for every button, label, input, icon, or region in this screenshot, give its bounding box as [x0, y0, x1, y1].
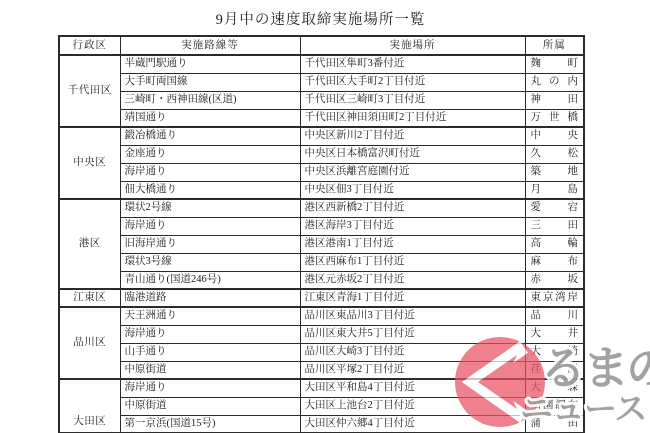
location-cell: 品川区平塚2丁目付近 — [300, 361, 525, 379]
table-row: 第一京浜(国道15号)大田区仲六郷4丁目付近蒲田 — [59, 415, 584, 433]
table-row: 中原街道品川区平塚2丁目付近荏原 — [59, 361, 584, 379]
page: { "title": "9月中の速度取締実施場所一覧", "table": { … — [0, 0, 650, 433]
location-cell: 品川区大崎3丁目付近 — [300, 343, 525, 361]
route-cell: 中原街道 — [120, 361, 300, 379]
route-cell: 佃大橋通り — [120, 181, 300, 199]
affiliation-cell: 麻布 — [525, 253, 584, 271]
location-cell: 品川区東品川3丁目付近 — [300, 307, 525, 325]
table-header: 行政区 実施路線等 実施場所 所属 — [59, 36, 584, 55]
route-cell: 山手通り — [120, 343, 300, 361]
table-row: 港区環状2号線港区西新橋2丁目付近愛宕 — [59, 199, 584, 217]
route-cell: 三崎町・西神田線(区道) — [120, 91, 300, 109]
header-route: 実施路線等 — [120, 36, 300, 55]
affiliation-cell: 田園調布 — [525, 397, 584, 415]
table-row: 海岸通り中央区浜離宮庭園付近築地 — [59, 163, 584, 181]
route-cell: 海岸通り — [120, 217, 300, 235]
route-cell: 鍛冶橋通り — [120, 127, 300, 145]
district-cell: 品川区 — [59, 307, 120, 379]
table-row: 千代田区半蔵門駅通り千代田区隼町3番付近麹町 — [59, 55, 584, 73]
table-row: 靖国通り千代田区神田須田町2丁目付近万世橋 — [59, 109, 584, 127]
affiliation-cell: 愛宕 — [525, 199, 584, 217]
location-cell: 千代田区隼町3番付近 — [300, 55, 525, 73]
affiliation-cell: 丸の内 — [525, 73, 584, 91]
table-row: 金座通り中央区日本橋富沢町付近久松 — [59, 145, 584, 163]
page-title: 9月中の速度取締実施場所一覧 — [58, 8, 583, 29]
route-cell: 海岸通り — [120, 325, 300, 343]
route-cell: 環状2号線 — [120, 199, 300, 217]
location-cell: 中央区日本橋富沢町付近 — [300, 145, 525, 163]
district-cell: 港区 — [59, 199, 120, 289]
affiliation-cell: 久松 — [525, 145, 584, 163]
table-row: 山手通り品川区大崎3丁目付近大崎 — [59, 343, 584, 361]
location-cell: 港区西麻布1丁目付近 — [300, 253, 525, 271]
route-cell: 靖国通り — [120, 109, 300, 127]
location-cell: 港区港南1丁目付近 — [300, 235, 525, 253]
header-affiliation: 所属 — [525, 36, 584, 55]
table-row: 江東区臨港道路江東区青海1丁目付近東京湾岸 — [59, 289, 584, 307]
location-cell: 千代田区三崎町3丁目付近 — [300, 91, 525, 109]
affiliation-cell: 東京湾岸 — [525, 289, 584, 307]
location-cell: 江東区青海1丁目付近 — [300, 289, 525, 307]
table-row: 大手町両国線千代田区大手町2丁目付近丸の内 — [59, 73, 584, 91]
route-cell: 環状3号線 — [120, 253, 300, 271]
affiliation-cell: 中央 — [525, 127, 584, 145]
location-cell: 中央区浜離宮庭園付近 — [300, 163, 525, 181]
district-cell: 大田区 — [59, 379, 120, 433]
location-cell: 品川区東大井5丁目付近 — [300, 325, 525, 343]
table-row: 中原街道大田区上池台2丁目付近田園調布 — [59, 397, 584, 415]
location-cell: 中央区佃3丁目付近 — [300, 181, 525, 199]
district-cell: 江東区 — [59, 289, 120, 307]
table-row: 佃大橋通り中央区佃3丁目付近月島 — [59, 181, 584, 199]
table-row: 大田区海岸通り大田区平和島4丁目付近大森 — [59, 379, 584, 397]
table-row: 旧海岸通り港区港南1丁目付近高輪 — [59, 235, 584, 253]
district-cell: 中央区 — [59, 127, 120, 199]
route-cell: 旧海岸通り — [120, 235, 300, 253]
affiliation-cell: 蒲田 — [525, 415, 584, 433]
location-cell: 港区海岸3丁目付近 — [300, 217, 525, 235]
location-cell: 港区元赤坂2丁目付近 — [300, 271, 525, 289]
table-row: 品川区天王洲通り品川区東品川3丁目付近品川 — [59, 307, 584, 325]
affiliation-cell: 麹町 — [525, 55, 584, 73]
table-row: 海岸通り港区海岸3丁目付近三田 — [59, 217, 584, 235]
route-cell: 金座通り — [120, 145, 300, 163]
route-cell: 第一京浜(国道15号) — [120, 415, 300, 433]
table-row: 海岸通り品川区東大井5丁目付近大井 — [59, 325, 584, 343]
table-row: 中央区鍛冶橋通り中央区新川2丁目付近中央 — [59, 127, 584, 145]
location-cell: 大田区上池台2丁目付近 — [300, 397, 525, 415]
affiliation-cell: 赤坂 — [525, 271, 584, 289]
enforcement-table: 行政区 実施路線等 実施場所 所属 千代田区半蔵門駅通り千代田区隼町3番付近麹町… — [58, 35, 585, 433]
route-cell: 半蔵門駅通り — [120, 55, 300, 73]
affiliation-cell: 万世橋 — [525, 109, 584, 127]
route-cell: 海岸通り — [120, 163, 300, 181]
route-cell: 大手町両国線 — [120, 73, 300, 91]
affiliation-cell: 三田 — [525, 217, 584, 235]
location-cell: 中央区新川2丁目付近 — [300, 127, 525, 145]
table-row: 三崎町・西神田線(区道)千代田区三崎町3丁目付近神田 — [59, 91, 584, 109]
district-cell: 千代田区 — [59, 55, 120, 127]
affiliation-cell: 品川 — [525, 307, 584, 325]
location-cell: 千代田区神田須田町2丁目付近 — [300, 109, 525, 127]
route-cell: 海岸通り — [120, 379, 300, 397]
affiliation-cell: 月島 — [525, 181, 584, 199]
route-cell: 臨港道路 — [120, 289, 300, 307]
table-body: 千代田区半蔵門駅通り千代田区隼町3番付近麹町大手町両国線千代田区大手町2丁目付近… — [59, 55, 584, 433]
affiliation-cell: 大崎 — [525, 343, 584, 361]
location-cell: 大田区平和島4丁目付近 — [300, 379, 525, 397]
affiliation-cell: 神田 — [525, 91, 584, 109]
affiliation-cell: 築地 — [525, 163, 584, 181]
header-location: 実施場所 — [300, 36, 525, 55]
affiliation-cell: 大森 — [525, 379, 584, 397]
table-row: 環状3号線港区西麻布1丁目付近麻布 — [59, 253, 584, 271]
affiliation-cell: 大井 — [525, 325, 584, 343]
affiliation-cell: 荏原 — [525, 361, 584, 379]
header-district: 行政区 — [59, 36, 120, 55]
header-row: 行政区 実施路線等 実施場所 所属 — [59, 36, 584, 55]
location-cell: 千代田区大手町2丁目付近 — [300, 73, 525, 91]
location-cell: 大田区仲六郷4丁目付近 — [300, 415, 525, 433]
location-cell: 港区西新橋2丁目付近 — [300, 199, 525, 217]
route-cell: 青山通り(国道246号) — [120, 271, 300, 289]
affiliation-cell: 高輪 — [525, 235, 584, 253]
route-cell: 中原街道 — [120, 397, 300, 415]
table-row: 青山通り(国道246号)港区元赤坂2丁目付近赤坂 — [59, 271, 584, 289]
route-cell: 天王洲通り — [120, 307, 300, 325]
